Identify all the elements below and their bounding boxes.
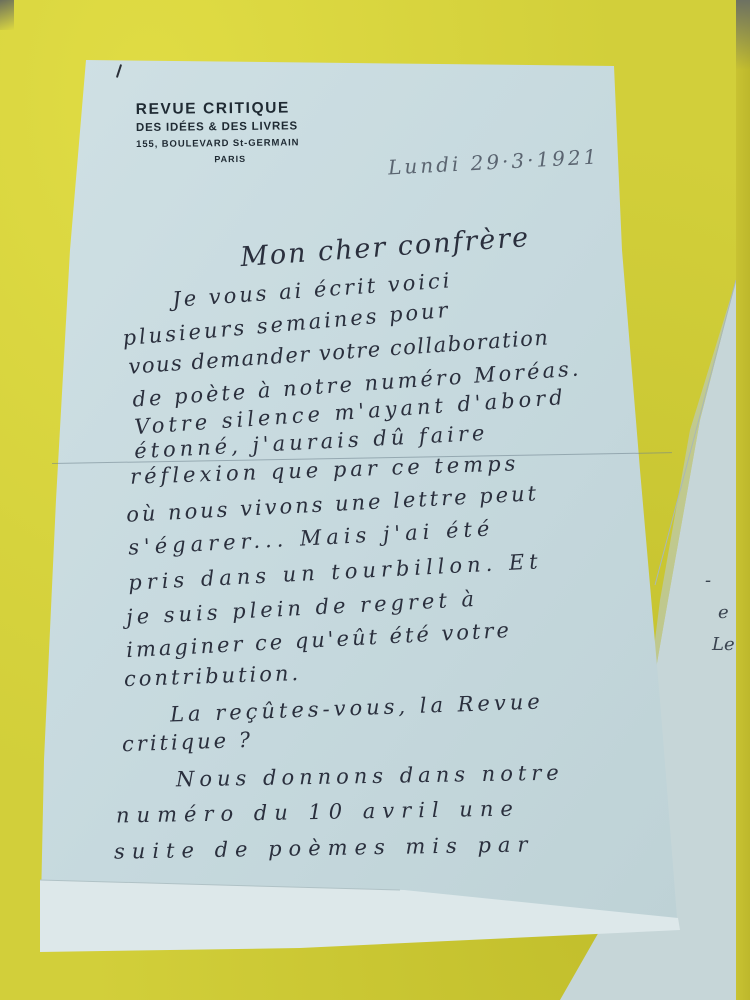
letter-page: REVUE CRITIQUE DES IDÉES & DES LIVRES 15… (0, 0, 750, 1000)
letterhead: REVUE CRITIQUE DES IDÉES & DES LIVRES 15… (132, 99, 343, 165)
letter-line: critique ? (122, 728, 254, 757)
letterhead-city: PARIS (214, 153, 342, 164)
letterhead-address: 155, BOULEVARD St-GERMAIN (136, 137, 342, 150)
letterhead-title: REVUE CRITIQUE (136, 99, 342, 119)
letterhead-subtitle: DES IDÉES & DES LIVRES (136, 120, 342, 134)
